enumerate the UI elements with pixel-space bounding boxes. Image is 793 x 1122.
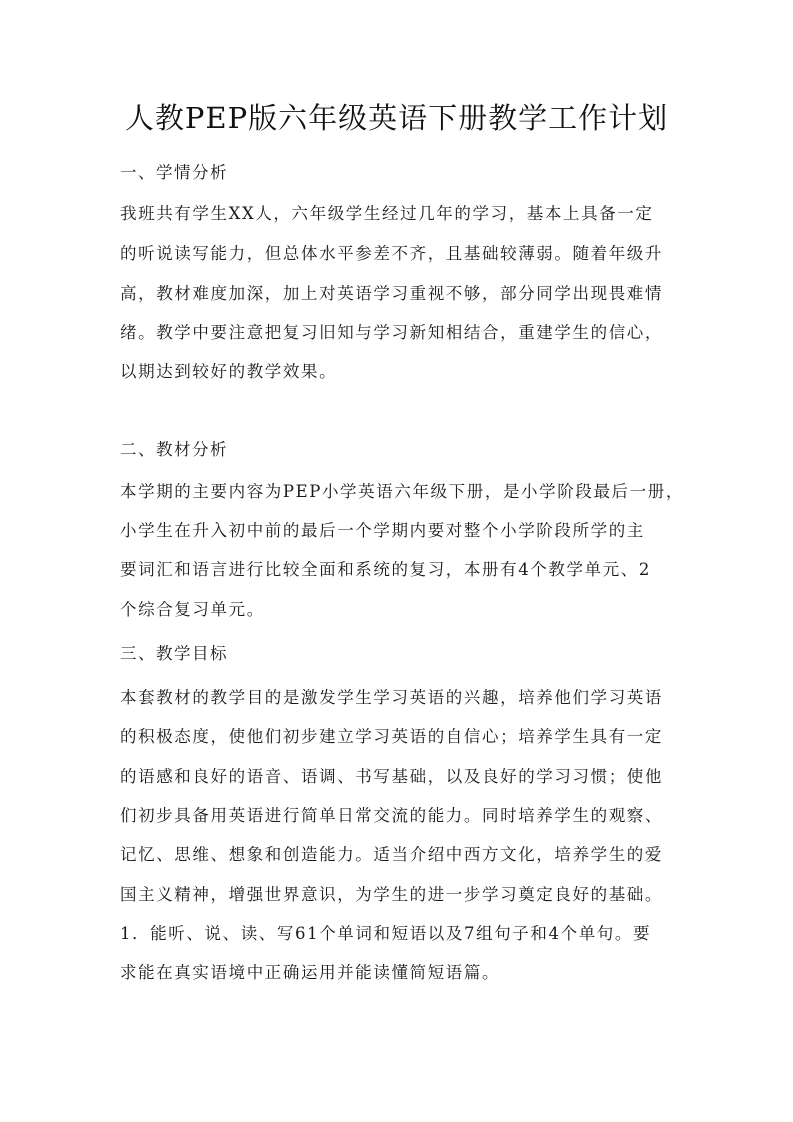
paragraph-line: 的积极态度，使他们初步建立学习英语的自信心；培养学生具有一定 (120, 725, 680, 749)
section-heading-1: 一、学情分析 (120, 161, 680, 185)
paragraph-line: 求能在真实语境中正确运用并能读懂简短语篇。 (120, 961, 680, 985)
document-title: 人教PEP版六年级英语下册教学工作计划 (0, 98, 793, 138)
paragraph-line: 我班共有学生XX人，六年级学生经过几年的学习，基本上具备一定 (120, 202, 680, 226)
paragraph-line: 国主义精神，增强世界意识，为学生的进一步学习奠定良好的基础。 (120, 883, 680, 907)
paragraph-line: 记忆、思维、想象和创造能力。适当介绍中西方文化，培养学生的爱 (120, 843, 680, 867)
section-heading-3: 三、教学目标 (120, 642, 680, 666)
section-heading-2: 二、教材分析 (120, 438, 680, 462)
paragraph-line: 以期达到较好的教学效果。 (120, 360, 680, 384)
paragraph-line: 要词汇和语言进行比较全面和系统的复习，本册有4个教学单元、2 (120, 558, 680, 582)
paragraph-line: 本套教材的教学目的是激发学生学习英语的兴趣，培养他们学习英语 (120, 686, 680, 710)
paragraph-line: 本学期的主要内容为PEP小学英语六年级下册，是小学阶段最后一册， (120, 480, 680, 504)
paragraph-line: 个综合复习单元。 (120, 598, 680, 622)
paragraph-line: 1．能听、说、读、写61个单词和短语以及7组句子和4个单句。要 (120, 922, 680, 946)
document-page: 人教PEP版六年级英语下册教学工作计划 一、学情分析 我班共有学生XX人，六年级… (0, 0, 793, 1122)
paragraph-line: 绪。教学中要注意把复习旧知与学习新知相结合，重建学生的信心， (120, 321, 680, 345)
paragraph-line: 小学生在升入初中前的最后一个学期内要对整个小学阶段所学的主 (120, 519, 680, 543)
paragraph-line: 的听说读写能力，但总体水平参差不齐，且基础较薄弱。随着年级升 (120, 242, 680, 266)
paragraph-line: 的语感和良好的语音、语调、书写基础，以及良好的学习习惯；使他 (120, 765, 680, 789)
paragraph-line: 高，教材难度加深，加上对英语学习重视不够，部分同学出现畏难情 (120, 282, 680, 306)
paragraph-line: 们初步具备用英语进行简单日常交流的能力。同时培养学生的观察、 (120, 804, 680, 828)
